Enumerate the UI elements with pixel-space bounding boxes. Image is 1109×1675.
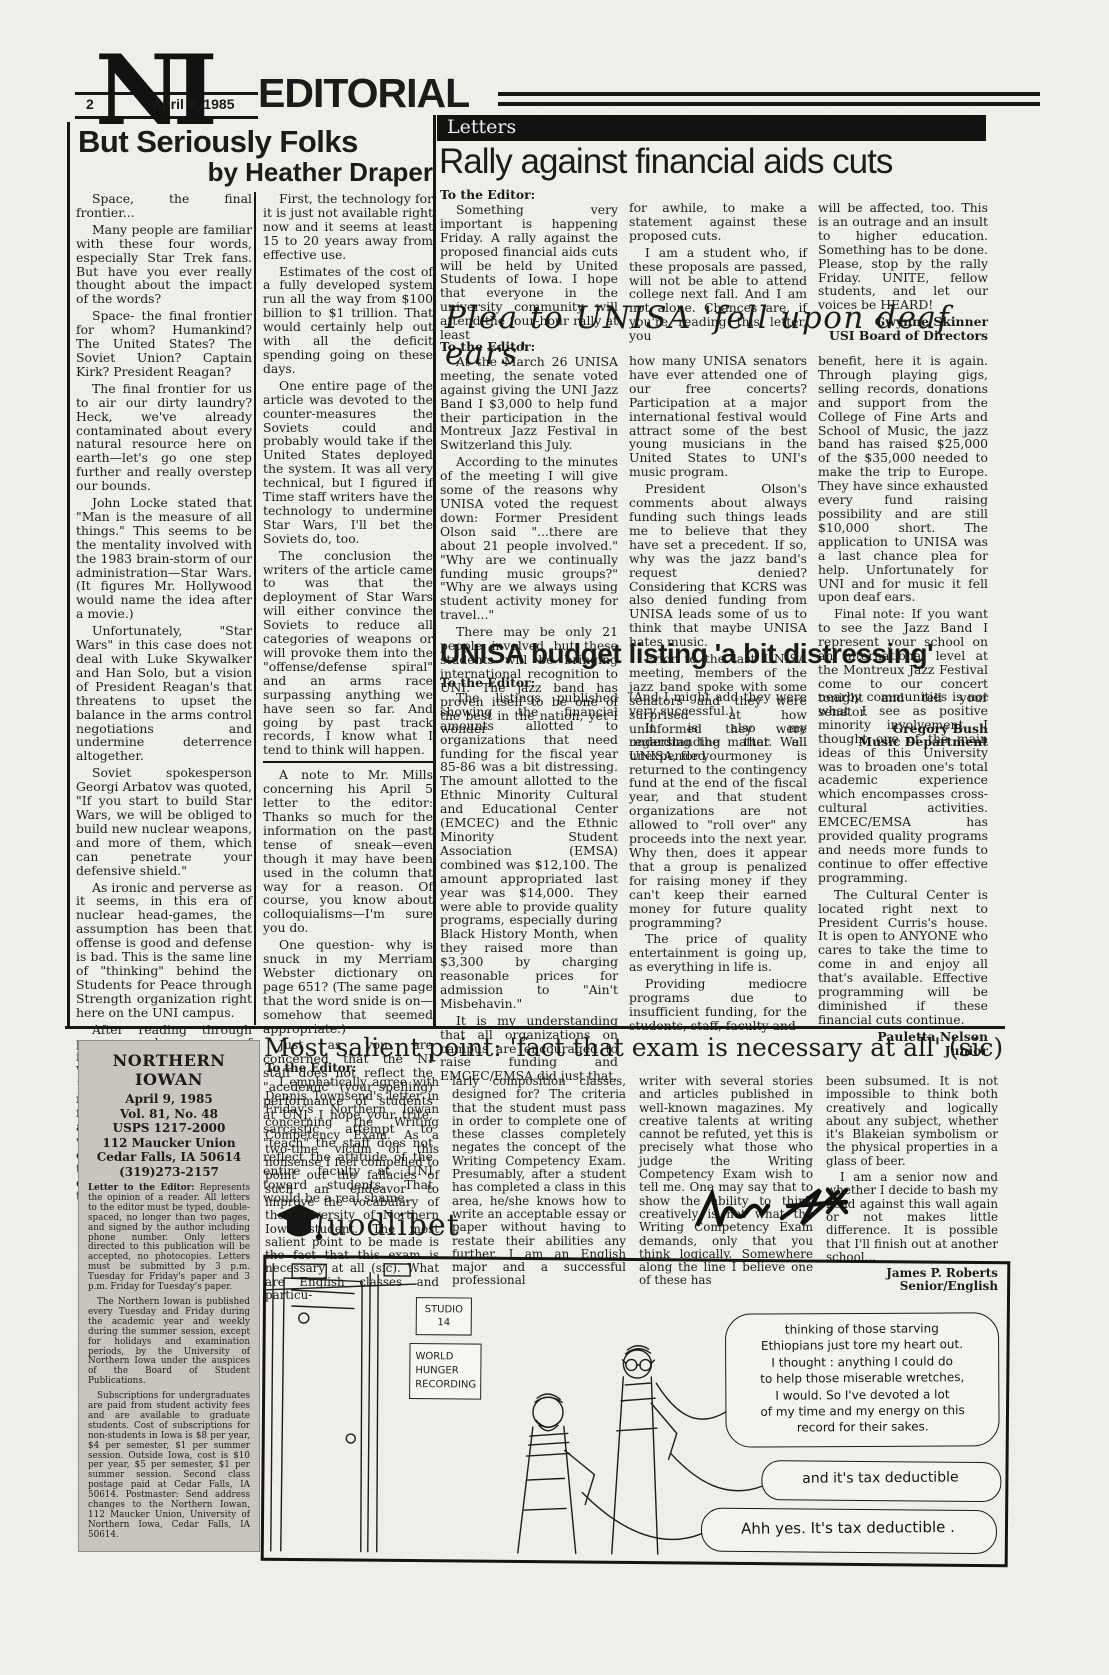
- header-rule-right-bottom: [498, 102, 1040, 106]
- issue-date: April 9, 1985: [152, 96, 235, 112]
- paragraph: for awhile, to make a statement against …: [629, 201, 807, 243]
- paragraph: According to the minutes of the meeting …: [440, 455, 618, 622]
- infobox-line: Cedar Falls, IA 50614: [88, 1150, 250, 1165]
- paragraph: The listings published showing the finan…: [440, 691, 618, 1011]
- paragraph: Estimates of the cost of a fully develop…: [263, 265, 433, 376]
- paragraph: benefit, here it is again. Through playi…: [818, 354, 988, 604]
- draper-column-rule: [254, 192, 256, 1025]
- budget-column-2: (And I might add they were very successf…: [629, 690, 807, 1036]
- section-title: EDITORIAL: [258, 70, 469, 117]
- infobox-line: 112 Maucker Union: [88, 1136, 250, 1151]
- paragraph: As ironic and perverse as it seems, in t…: [76, 881, 252, 1020]
- graduation-cap-icon: [274, 1202, 324, 1248]
- infobox-line: USPS 1217-2000: [88, 1121, 250, 1136]
- paragraph: Providing mediocre programs due to insuf…: [629, 977, 807, 1033]
- salutation: To the Editor:: [265, 1062, 439, 1075]
- cartoon-panel: STUDIO 14 WORLD HUNGER RECORDING thinkin…: [261, 1255, 1011, 1568]
- letters-banner: Letters: [437, 115, 986, 141]
- paragraph: John Locke stated that "Man is the measu…: [76, 496, 252, 621]
- salutation: To the Editor:: [440, 188, 618, 202]
- paragraph: nearby communities is not what I see as …: [818, 690, 988, 885]
- infobox-paragraph: Subscriptions for undergraduates are pai…: [88, 1392, 250, 1541]
- page-number: 2: [86, 96, 94, 112]
- paragraph: One question- why is snuck in my Merriam…: [263, 938, 433, 1035]
- paragraph: The conclusion the writers of the articl…: [263, 549, 433, 758]
- ni-logo: NI: [95, 43, 208, 139]
- paragraph: Space- the final frontier for whom? Huma…: [76, 309, 252, 379]
- speech-bubble-2-text: and it's tax deductible: [761, 1469, 999, 1487]
- speech-bubble-1-text: thinking of those starving Ethiopians ju…: [733, 1320, 992, 1437]
- paragraph: One entire page of the article was devot…: [263, 379, 433, 546]
- paragraph: The price of quality entertainment is go…: [629, 932, 807, 974]
- draper-left-rule: [67, 122, 70, 1027]
- paragraph: Unfortunately, "Star Wars" in this case …: [76, 624, 252, 763]
- exam-headline: Most salient point: 'fact that exam is n…: [264, 1033, 1009, 1062]
- infobox-line: April 9, 1985: [88, 1092, 250, 1107]
- paragraph: Space, the final frontier...: [76, 192, 252, 220]
- door-sign-world-hunger: WORLD HUNGER RECORDING: [409, 1343, 481, 1400]
- door-sign-studio: STUDIO 14: [416, 1297, 472, 1335]
- paragraph: At the March 26 UNISA meeting, the senat…: [440, 355, 618, 452]
- infobox-paragraph-text: Represents the opinion of a reader. All …: [88, 1183, 250, 1292]
- paragraph: how many UNISA senators have ever attend…: [629, 354, 807, 479]
- quodlibet-title: uodlibet: [327, 1208, 460, 1243]
- infobox-paragraph: The Northern Iowan is published every Tu…: [88, 1298, 250, 1387]
- paragraph: First, the technology for it is just not…: [263, 192, 433, 262]
- paragraph: It is also my understanding that all une…: [629, 721, 807, 930]
- paragraph: The Cultural Center is located right nex…: [818, 888, 988, 1027]
- letters-divider-rule: [433, 115, 436, 1028]
- infobox-paragraph: Letter to the Editor: Represents the opi…: [88, 1184, 250, 1293]
- infobox-line: Vol. 81, No. 48: [88, 1107, 250, 1122]
- header-rule-right-top: [498, 92, 1040, 96]
- masthead-infobox: NORTHERN IOWAN April 9, 1985 Vol. 81, No…: [78, 1040, 260, 1552]
- note-separator-rule: [263, 761, 433, 763]
- paragraph: Soviet spokesperson Georgi Arbatov was q…: [76, 766, 252, 877]
- rally-headline: Rally against financial aids cuts: [439, 142, 999, 182]
- infobox-title: NORTHERN IOWAN: [88, 1051, 250, 1089]
- paragraph: will be affected, too. This is an outrag…: [818, 201, 988, 312]
- paragraph: (And I might add they were very successf…: [629, 690, 807, 718]
- paragraph: Many people are familiar with these four…: [76, 223, 252, 306]
- paragraph: President Olson's comments about always …: [629, 482, 807, 649]
- salutation: To the Editor:: [440, 676, 618, 690]
- cartoonist-signature: [688, 1182, 863, 1242]
- paragraph: been subsumed. It is not impossible to t…: [826, 1075, 998, 1168]
- paragraph: A note to Mr. Mills concerning his April…: [263, 768, 433, 935]
- infobox-line: (319)273-2157: [88, 1165, 250, 1180]
- newspaper-page: NI 2 April 9, 1985 EDITORIAL But Serious…: [0, 0, 1109, 1675]
- budget-column-1: To the Editor: The listings published sh…: [440, 676, 618, 1086]
- infobox-paragraph-label: Letter to the Editor:: [88, 1183, 195, 1193]
- budget-column-3: nearby communities is not what I see as …: [818, 690, 988, 1058]
- speech-bubble-3-text: Ahh yes. It's tax deductible .: [701, 1518, 995, 1539]
- draper-byline: by Heather Draper: [180, 157, 433, 188]
- salutation: To the Editor:: [440, 340, 618, 354]
- midpage-rule: [65, 1026, 1005, 1029]
- paragraph: The final frontier for us to air our dir…: [76, 382, 252, 493]
- budget-headline: UNISA budget listing 'a bit distressing': [440, 638, 1000, 670]
